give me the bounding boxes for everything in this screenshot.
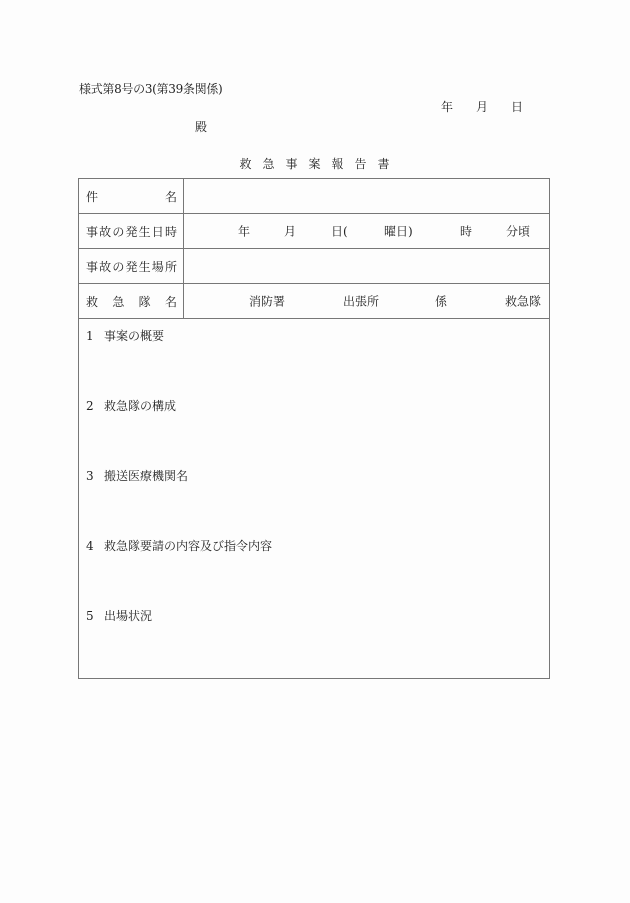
report-table: 件 名 事 故 の 発 生 日 時 年 月 日( 曜日) 時 分頃 事 故 の … xyxy=(78,178,550,679)
label-char: 故 xyxy=(99,258,111,275)
label-char: 事 xyxy=(86,223,98,240)
section-number: 3 xyxy=(86,469,104,483)
label-char: 所 xyxy=(165,258,177,275)
section-label: 係 xyxy=(435,293,447,310)
section-number: 4 xyxy=(86,539,104,553)
section-label: 搬送医療機関名 xyxy=(104,469,188,483)
label-char: 発 xyxy=(125,223,137,240)
label-char: 場 xyxy=(152,258,164,275)
label-incident-datetime: 事 故 の 発 生 日 時 xyxy=(79,214,184,248)
label-char: 件 xyxy=(86,188,98,205)
incident-location-field[interactable] xyxy=(184,249,549,283)
date-day-label: 日 xyxy=(511,98,523,115)
row-ambulance-team: 救 急 隊 名 消防署 出張所 係 救急隊 xyxy=(79,284,549,319)
row-incident-datetime: 事 故 の 発 生 日 時 年 月 日( 曜日) 時 分頃 xyxy=(79,214,549,249)
label-char: 事 xyxy=(86,258,98,275)
fire-station-label: 消防署 xyxy=(249,293,285,310)
section-team-composition: 2救急隊の構成 xyxy=(86,397,176,414)
minute-label: 分頃 xyxy=(506,223,530,240)
month-label: 月 xyxy=(284,223,296,240)
ambulance-team-field[interactable]: 消防署 出張所 係 救急隊 xyxy=(184,284,549,318)
label-char: 隊 xyxy=(139,293,151,310)
branch-office-label: 出張所 xyxy=(343,293,379,310)
case-name-field[interactable] xyxy=(184,179,549,213)
label-char: の xyxy=(112,223,124,240)
label-char: 名 xyxy=(165,188,177,205)
incident-datetime-field[interactable]: 年 月 日( 曜日) 時 分頃 xyxy=(184,214,549,248)
addressee-suffix: 殿 xyxy=(195,118,207,135)
section-number: 2 xyxy=(86,399,104,413)
section-label: 事案の概要 xyxy=(104,329,164,343)
label-char: の xyxy=(112,258,124,275)
section-label: 出場状況 xyxy=(104,609,152,623)
label-ambulance-team: 救 急 隊 名 xyxy=(79,284,184,318)
section-dispatch-status: 5出場状況 xyxy=(86,607,152,624)
label-char: 生 xyxy=(139,223,151,240)
label-incident-location: 事 故 の 発 生 場 所 xyxy=(79,249,184,283)
section-label: 救急隊要請の内容及び指令内容 xyxy=(104,539,272,553)
section-hospital-name: 3搬送医療機関名 xyxy=(86,467,188,484)
label-char: 名 xyxy=(165,293,177,310)
section-case-summary: 1事案の概要 xyxy=(86,327,164,344)
hour-label: 時 xyxy=(460,223,472,240)
section-request-details: 4救急隊要請の内容及び指令内容 xyxy=(86,537,272,554)
label-char: 日 xyxy=(152,223,164,240)
year-label: 年 xyxy=(238,223,250,240)
section-label: 救急隊の構成 xyxy=(104,399,176,413)
label-char: 急 xyxy=(112,293,124,310)
document-title: 救急事案報告書 xyxy=(0,155,630,172)
label-char: 時 xyxy=(165,223,177,240)
weekday-label: 曜日) xyxy=(384,223,413,240)
ambulance-team-label: 救急隊 xyxy=(505,293,541,310)
section-number: 1 xyxy=(86,329,104,343)
day-label: 日( xyxy=(331,223,348,240)
row-incident-location: 事 故 の 発 生 場 所 xyxy=(79,249,549,284)
label-char: 発 xyxy=(125,258,137,275)
label-char: 故 xyxy=(99,223,111,240)
label-case-name: 件 名 xyxy=(79,179,184,213)
label-char: 生 xyxy=(139,258,151,275)
label-char: 救 xyxy=(86,293,98,310)
section-number: 5 xyxy=(86,609,104,623)
row-case-name: 件 名 xyxy=(79,179,549,214)
date-year-label: 年 xyxy=(441,98,453,115)
form-number: 様式第8号の3(第39条関係) xyxy=(79,80,222,97)
date-month-label: 月 xyxy=(476,98,488,115)
